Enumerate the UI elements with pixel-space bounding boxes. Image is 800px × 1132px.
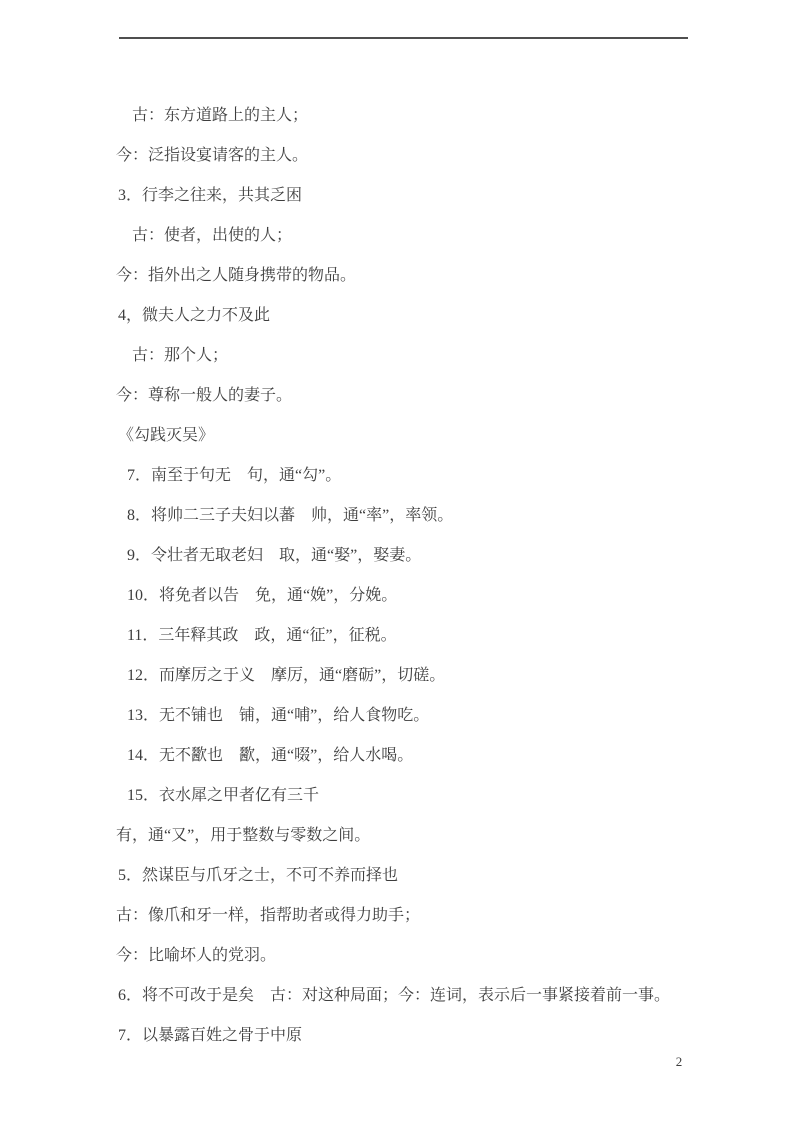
header-rule [119,37,688,39]
text-line: 11．三年释其政 政，通“征”，征税。 [0,616,800,656]
text-line: 今：指外出之人随身携带的物品。 [0,256,800,296]
text-line: 7．南至于句无 句，通“勾”。 [0,456,800,496]
document-body: 古：东方道路上的主人；今：泛指设宴请客的主人。3．行李之往来，共其乏困古：使者，… [0,96,800,1056]
text-line: 今：尊称一般人的妻子。 [0,376,800,416]
text-line: 4，微夫人之力不及此 [0,296,800,336]
text-line: 10．将免者以告 免，通“娩”，分娩。 [0,576,800,616]
text-line: 5．然谋臣与爪牙之士，不可不养而择也 [0,856,800,896]
text-line: 今：比喻坏人的党羽。 [0,936,800,976]
text-line: 古：使者，出使的人； [0,216,800,256]
document-page: 古：东方道路上的主人；今：泛指设宴请客的主人。3．行李之往来，共其乏困古：使者，… [0,0,800,1132]
text-line: 今：泛指设宴请客的主人。 [0,136,800,176]
text-line: 7．以暴露百姓之骨于中原 [0,1016,800,1056]
text-line: 古：那个人； [0,336,800,376]
text-line: 3．行李之往来，共其乏困 [0,176,800,216]
text-line: 14．无不歠也 歠，通“啜”，给人水喝。 [0,736,800,776]
text-line: 古：东方道路上的主人； [0,96,800,136]
text-line: 15．衣水犀之甲者亿有三千 [0,776,800,816]
text-line: 6．将不可改于是矣 古：对这种局面；今：连词，表示后一事紧接着前一事。 [0,976,800,1016]
text-line: 8．将帅二三子夫妇以蕃 帅，通“率”，率领。 [0,496,800,536]
text-line: 有，通“又”，用于整数与零数之间。 [0,816,800,856]
text-line: 古：像爪和牙一样，指帮助者或得力助手； [0,896,800,936]
text-line: 9．令壮者无取老妇 取，通“娶”，娶妻。 [0,536,800,576]
text-line: 12．而摩厉之于义 摩厉，通“磨砺”，切磋。 [0,656,800,696]
text-line: 13．无不铺也 铺，通“哺”，给人食物吃。 [0,696,800,736]
text-line: 《勾践灭吴》 [0,416,800,456]
page-number: 2 [671,1053,687,1071]
